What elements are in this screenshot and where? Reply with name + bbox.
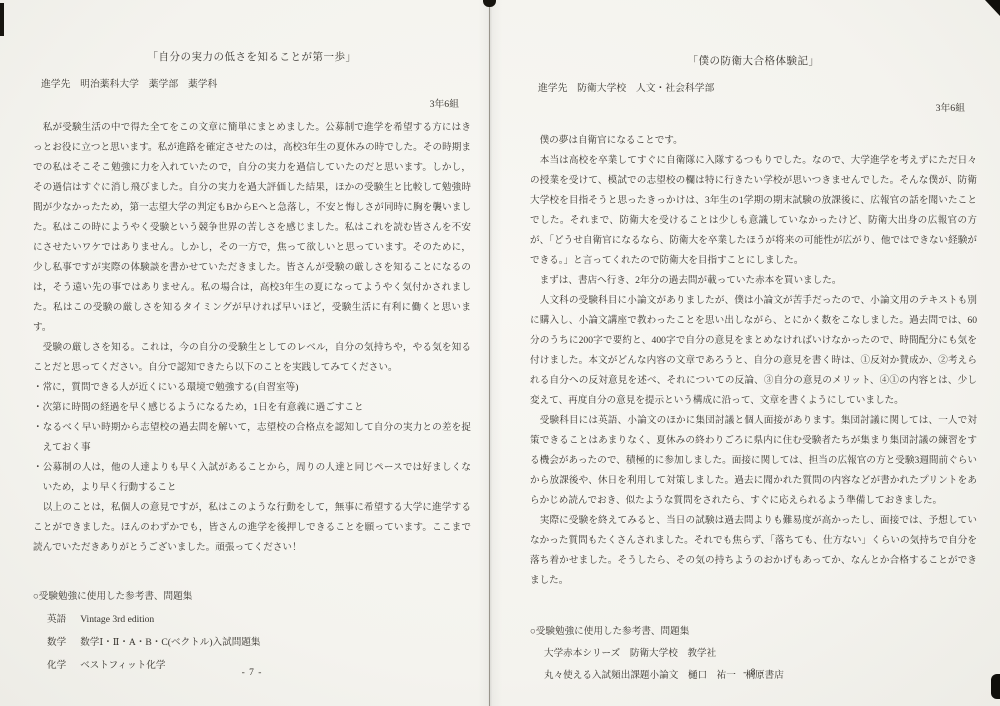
reference-subject: 数学 — [47, 637, 66, 648]
essay-paragraph: 受験科目には英語、小論文のほかに集団討議と個人面接があります。集団討議に関しては… — [530, 411, 977, 511]
references-section-left: ○受験勉強に使用した参考書、問題集 英語Vintage 3rd edition … — [33, 585, 471, 677]
essay-paragraph: 受験の厳しさを知る。これは，今の自分の受験生としてのレベル，自分の気持ちや，やる… — [33, 338, 471, 378]
destination-line-right: 進学先 防衛大学校 人文・社会科学部 — [530, 82, 977, 95]
center-fold-shading — [478, 0, 502, 706]
scan-artifact-left-edge — [0, 3, 4, 36]
essay-paragraph: 以上のことは，私個人の意見ですが，私はこのような行動をして，無事に希望する大学に… — [33, 498, 471, 558]
scan-artifact-top-right-corner — [985, 0, 1000, 16]
bullet-item: ・なるべく早い時期から志望校の過去問を解いて，志望校の合格点を認知して自分の実力… — [33, 418, 471, 458]
bullet-item: ・常に，質問できる人が近くにいる環境で勉強する(自習室等) — [33, 378, 471, 398]
essay-paragraph: まずは、書店へ行き、2年分の過去問が載っていた赤本を買いました。 — [530, 271, 977, 291]
essay-paragraph: 私が受験生活の中で得た全てをこの文章に簡単にまとめました。公募制で進学を希望する… — [33, 118, 471, 338]
essay-body-right: 僕の夢は自衛官になることです。 本当は高校を卒業してすぐに自衛隊に入隊するつもり… — [530, 131, 977, 591]
page-right: 「僕の防衛大合格体験記」 進学先 防衛大学校 人文・社会科学部 3年6組 僕の夢… — [530, 0, 977, 706]
reference-item: 数学数学Ⅰ・Ⅱ・A・B・C(ベクトル)入試問題集 — [33, 631, 471, 654]
essay-paragraph: 本当は高校を卒業してすぐに自衛隊に入隊するつもりでした。なので、大学進学を考えず… — [530, 151, 977, 271]
class-label-left: 3年6組 — [33, 98, 471, 111]
bullet-item: ・公募制の人は，他の人達よりも早く入試があることから，周りの人達と同じペースでは… — [33, 458, 471, 498]
reference-subject: 英語 — [47, 614, 66, 625]
page-left: 「自分の実力の低さを知ることが第一歩」 進学先 明治薬科大学 薬学部 薬学科 3… — [33, 0, 471, 706]
essay-paragraph: 僕の夢は自衛官になることです。 — [530, 131, 977, 151]
reference-title: 数学Ⅰ・Ⅱ・A・B・C(ベクトル)入試問題集 — [80, 637, 260, 648]
bullet-item: ・次第に時間の経過を早く感じるようになるため，1日を有意義に過ごすこと — [33, 398, 471, 418]
class-label-right: 3年6組 — [530, 102, 977, 115]
page-number-left: - 7 - — [33, 668, 471, 678]
references-header: ○受験勉強に使用した参考書、問題集 — [530, 621, 977, 643]
reference-item: 大学赤本シリーズ 防衛大学校 教学社 — [530, 643, 977, 665]
center-fold-line — [489, 0, 490, 706]
essay-body-left: 私が受験生活の中で得た全てをこの文章に簡単にまとめました。公募制で進学を希望する… — [33, 118, 471, 558]
reference-item: 英語Vintage 3rd edition — [33, 608, 471, 631]
essay-paragraph: 人文科の受験科目に小論文がありましたが、僕は小論文が苦手だったので、小論文用のテ… — [530, 291, 977, 411]
scan-artifact-bottom-right-edge — [991, 674, 1000, 699]
references-header: ○受験勉強に使用した参考書、問題集 — [33, 585, 471, 608]
essay-paragraph: 実際に受験を終えてみると、当日の試験は過去問よりも難易度が高かったし、面接では、… — [530, 511, 977, 591]
essay-title-right: 「僕の防衛大合格体験記」 — [530, 55, 977, 69]
destination-line-left: 進学先 明治薬科大学 薬学部 薬学科 — [33, 78, 471, 91]
scanned-book-spread: { "left_page": { "title": "「自分の実力の低さを知るこ… — [0, 0, 1000, 706]
page-number-right: - 8 - — [530, 668, 977, 678]
reference-title: Vintage 3rd edition — [80, 614, 154, 625]
essay-title-left: 「自分の実力の低さを知ることが第一歩」 — [33, 51, 471, 65]
